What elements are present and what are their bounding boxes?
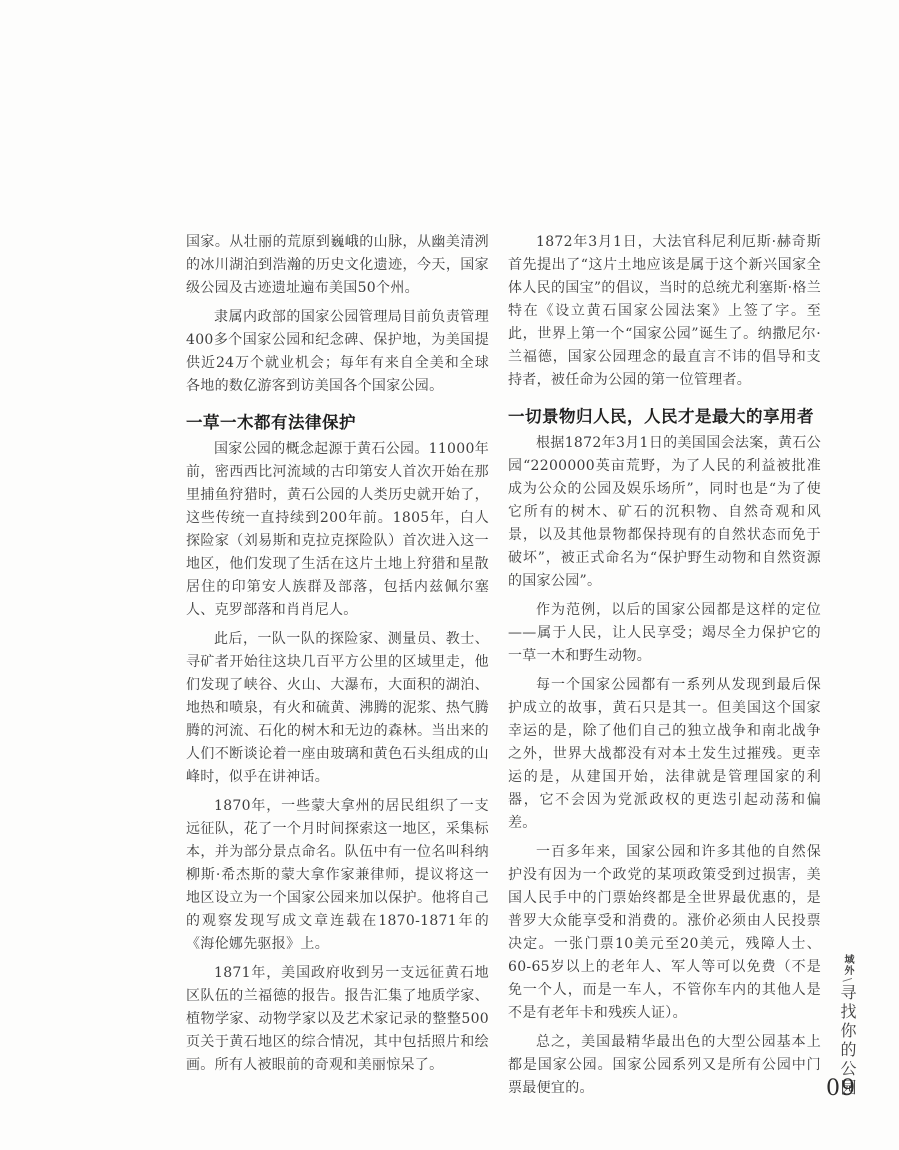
section-heading-law-protection: 一草一木都有法律保护 bbox=[186, 411, 489, 434]
left-column: 国家。从壮丽的荒原到巍峨的山脉，从幽美清洌的冰川湖泊到浩瀚的历史文化遗迹，今天，… bbox=[186, 231, 489, 1083]
paragraph: 1870年，一些蒙大拿州的居民组织了一支远征队，花了一个月时间探索这一地区，采集… bbox=[186, 795, 489, 956]
paragraph: 国家公园的概念起源于黄石公园。11000年前，密西西比河流域的古印第安人首次开始… bbox=[186, 438, 489, 622]
page-number: 09 bbox=[826, 1076, 856, 1101]
sidebar-section-label: 域外 bbox=[840, 954, 855, 976]
paragraph: 一百多年来，国家公园和许多其他的自然保护没有因为一个政党的某项政策受到过损害，美… bbox=[508, 841, 821, 1025]
section-heading-people-owners: 一切景物归人民，人民才是最大的享用者 bbox=[508, 405, 821, 428]
paragraph: 根据1872年3月1日的美国国会法案，黄石公园“2200000英亩荒野，为了人民… bbox=[508, 432, 821, 593]
paragraph: 1872年3月1日，大法官科尼利厄斯·赫奇斯首先提出了“这片土地应该是属于这个新… bbox=[508, 231, 821, 392]
paragraph: 隶属内政部的国家公园管理局目前负责管理400多个国家公园和纪念碑、保护地，为美国… bbox=[186, 306, 489, 398]
paragraph: 1871年，美国政府收到另一支远征黄石地区队伍的兰福德的报告。报告汇集了地质学家… bbox=[186, 962, 489, 1077]
paragraph: 作为范例，以后的国家公园都是这样的定位——属于人民，让人民享受；竭尽全力保护它的… bbox=[508, 599, 821, 668]
sidebar-slash-separator: \ bbox=[841, 976, 854, 984]
right-column: 1872年3月1日，大法官科尼利厄斯·赫奇斯首先提出了“这片土地应该是属于这个新… bbox=[508, 231, 821, 1106]
paragraph-continued: 国家。从壮丽的荒原到巍峨的山脉，从幽美清洌的冰川湖泊到浩瀚的历史文化遗迹，今天，… bbox=[186, 231, 489, 300]
paragraph: 此后，一队一队的探险家、测量员、教士、寻矿者开始往这块几百平方公里的区域里走，他… bbox=[186, 628, 489, 789]
paragraph: 总之，美国最精华最出色的大型公园基本上都是国家公园。国家公园系列又是所有公园中门… bbox=[508, 1031, 821, 1100]
magazine-page: 国家。从壮丽的荒原到巍峨的山脉，从幽美清洌的冰川湖泊到浩瀚的历史文化遗迹，今天，… bbox=[0, 0, 899, 1150]
paragraph: 每一个国家公园都有一系列从发现到最后保护成立的故事，黄石只是其一。但美国这个国家… bbox=[508, 674, 821, 835]
